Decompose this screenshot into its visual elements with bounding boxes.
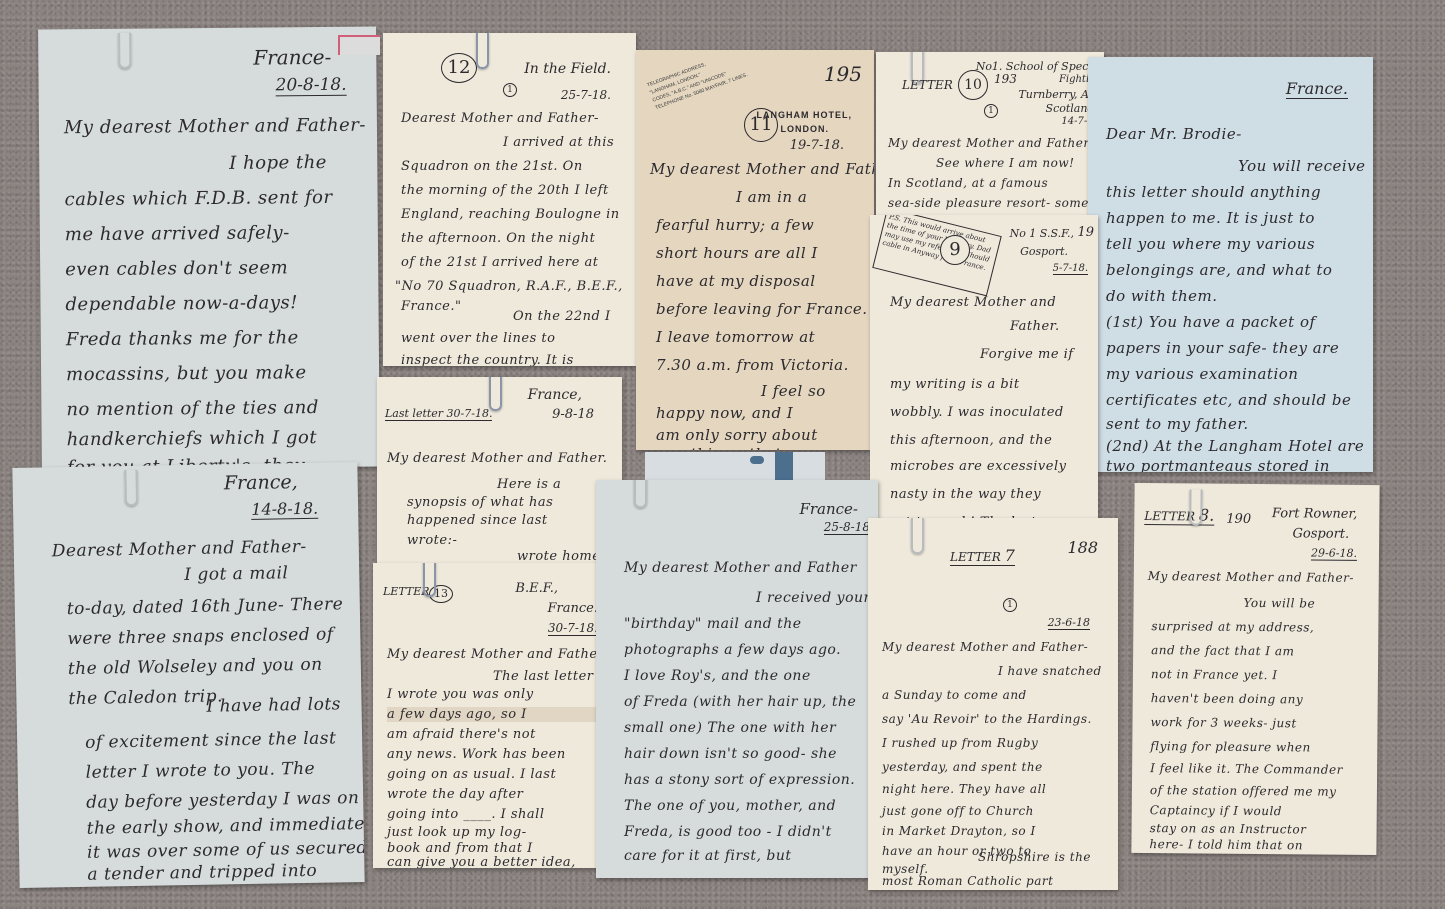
letter-line: this letter should anything — [1106, 183, 1373, 201]
letter-line: book and from that I — [387, 841, 628, 856]
paperclip-icon — [124, 470, 138, 506]
letter-label: LETTER 8. — [1144, 505, 1214, 526]
letter-line: dependable now-a-days! — [65, 292, 378, 316]
letter-7: LETTER 7 188 1 23-6-18 My dearest Mother… — [868, 518, 1118, 890]
letter-line: here- I told him that on — [1149, 837, 1376, 853]
letter-date: 30-7-18. — [548, 621, 598, 636]
letter-line: and the fact that I am — [1151, 643, 1378, 659]
letter-line: sent to my father. — [1106, 415, 1373, 433]
letter-line: can give you a better idea, — [387, 855, 628, 868]
letter-line: handkerchiefs which I got — [67, 427, 380, 451]
letter-line: of the station offered me my — [1150, 783, 1377, 799]
letter-line: I received your — [756, 590, 878, 606]
letter-line: In Scotland, at a famous — [888, 176, 1104, 190]
letter-line: happen to me. It is just to — [1106, 209, 1373, 227]
page-number: 190 — [1226, 512, 1251, 527]
paperclip-icon — [634, 480, 647, 508]
margin-note: Last letter 30-7-18. — [385, 407, 492, 421]
letter-line: wrote the day after — [387, 787, 628, 802]
letter-line: I have had lots — [206, 694, 361, 717]
letter-line: hair down isn't so good- she — [624, 746, 878, 762]
letter-line: I rushed up from Rugby — [882, 736, 1118, 750]
paperclip-icon — [489, 377, 502, 411]
letter-line: mocassins, but you make — [66, 362, 379, 386]
letter-line: Freda thanks me for the — [66, 327, 379, 351]
letter-line: I leave tomorrow at — [656, 328, 874, 346]
letter-place: France, — [224, 471, 298, 494]
letter-line: photographs a few days ago. — [624, 642, 878, 658]
letter-line: a tender and tripped into — [87, 860, 364, 885]
letter-date: 5-7-18. — [1053, 263, 1088, 275]
letter-label: LETTER 7 — [950, 546, 1015, 566]
letter-line: short hours are all I — [656, 244, 874, 262]
letter-line: of excitement since the last — [85, 728, 362, 753]
letter-date: 25-8-18 — [824, 520, 870, 535]
letter-place: In the Field. — [524, 61, 611, 77]
letter-date: 20-8-18. — [276, 75, 347, 97]
letter-line: a few days ago, so I — [387, 707, 628, 722]
letter-line: work for 3 weeks- just — [1150, 715, 1377, 731]
letter-line: Squadron on the 21st. On — [401, 159, 636, 174]
letter-line: not in France yet. I — [1151, 667, 1378, 683]
letter-line: am afraid there's not — [387, 727, 628, 742]
address-line: Gosport. — [1020, 245, 1068, 258]
letter-line: just look up my log- — [387, 825, 628, 840]
letter-date: 14-8-18. — [251, 499, 318, 520]
letter-line: See where I am now! — [936, 156, 1104, 170]
letter-line: I love Roy's, and the one — [624, 668, 878, 684]
letter-line: Dearest Mother and Father- — [52, 536, 359, 561]
letter-line: wobbly. I was inoculated — [890, 405, 1098, 420]
letter-france-20-8-18: France- 20-8-18. My dearest Mother and F… — [38, 27, 380, 470]
letter-line: haven't been doing any — [1151, 691, 1378, 707]
red-stamp-corner — [338, 35, 380, 55]
letter-line: two portmanteaus stored in — [1106, 457, 1373, 472]
letter-line: My dearest Mother and Father- — [1148, 569, 1379, 585]
letter-line: am only sorry about — [656, 426, 874, 444]
letter-date: 23-6-18 — [1048, 616, 1090, 630]
letter-line: small one) The one with her — [624, 720, 878, 736]
paperclip-icon — [476, 33, 489, 69]
letter-line: me have arrived safely- — [65, 222, 378, 246]
letter-line: were three snaps enclosed of — [67, 624, 360, 649]
letter-line: Dear Mr. Brodie- — [1106, 125, 1373, 143]
page-mark: 1 — [503, 83, 517, 97]
letter-line: "No 70 Squadron, R.A.F., B.E.F., — [395, 279, 636, 294]
letter-line: went over the lines to — [401, 331, 636, 346]
letter-line: I feel so — [761, 382, 874, 400]
letter-place: France, — [528, 387, 582, 403]
letter-line: My dearest Mother and Father. — [387, 451, 622, 466]
letter-line: to-day, dated 16th June- There — [67, 594, 360, 619]
letter-date: 19-7-18. — [790, 138, 844, 153]
letter-line: surprised at my address, — [1151, 619, 1378, 635]
letter-number-badge: 9 — [940, 235, 970, 265]
page-mark: 1 — [984, 104, 998, 118]
letter-line: just gone off to Church — [882, 804, 1118, 818]
letter-line: papers in your safe- they are — [1106, 339, 1373, 357]
letter-france-25-8-18: France- 25-8-18 My dearest Mother and Fa… — [596, 480, 878, 878]
letter-date: 25-7-18. — [561, 88, 611, 102]
letter-line: going on as usual. I last — [387, 767, 628, 782]
letter-line: Captaincy if I would — [1150, 803, 1377, 819]
letter-date: 29-6-18. — [1311, 546, 1357, 560]
letter-line: tell you where my various — [1106, 235, 1373, 253]
letter-dear-mr-brodie: France. Dear Mr. Brodie- You will receiv… — [1088, 57, 1373, 472]
hotel-city: LONDON. — [781, 124, 830, 134]
ps-note-box: P.S. This would arrive about the time of… — [872, 215, 1001, 296]
letter-line: the old Wolseley and you on — [68, 654, 361, 679]
letter-line: sea-side pleasure resort- something — [888, 196, 1104, 210]
letter-number-badge: 10 — [958, 70, 988, 100]
paperclip-icon — [423, 563, 436, 597]
address-line: France. — [548, 601, 598, 616]
letter-line: I got a mail — [184, 562, 359, 585]
letter-line: certificates etc, and should be — [1106, 391, 1373, 409]
letter-line: a Sunday to come and — [882, 688, 1118, 702]
letter-line: I have snatched — [998, 664, 1118, 678]
letter-line: letter I wrote to you. The — [86, 758, 363, 783]
letter-line: my writing is a bit — [890, 377, 1098, 392]
letter-line: cables which F.D.B. sent for — [64, 187, 377, 211]
letter-line: in Market Drayton, so I — [882, 824, 1118, 838]
address-line: Fort Rowner, — [1272, 506, 1358, 522]
letter-line: day before yesterday I was on — [86, 788, 363, 813]
letter-8-fort-rowner: LETTER 8. 190 Fort Rowner, Gosport. 29-6… — [1131, 483, 1379, 855]
letter-line: England, reaching Boulogne in — [401, 207, 636, 222]
letter-line: inspect the country. It is — [401, 353, 636, 366]
letter-line: of Freda (with her hair up, the — [624, 694, 878, 710]
letter-line: "birthday" mail and the — [624, 616, 878, 632]
letter-place: France- — [253, 45, 331, 70]
letter-line: I arrived at this — [503, 135, 636, 150]
letter-line: even cables don't seem — [65, 257, 378, 281]
letter-line: synopsis of what has — [407, 495, 622, 510]
letter-number-badge: 12 — [441, 53, 477, 83]
letter-line: You will be — [1244, 596, 1379, 611]
letter-line: You will receive — [1238, 157, 1373, 175]
letter-line: My dearest Mother and Father- — [888, 136, 1104, 150]
address-line: No 1 S.S.F., — [1010, 227, 1074, 240]
hotel-name: LANGHAM HOTEL, — [757, 110, 853, 120]
paperclip-icon — [118, 33, 131, 69]
letter-line: (2nd) At the Langham Hotel are — [1106, 437, 1373, 455]
letter-france-14-8-18: France, 14-8-18. Dearest Mother and Fath… — [12, 462, 364, 888]
letter-line: My dearest Mother and Father. — [387, 647, 628, 662]
letter-line: (1st) You have a packet of — [1106, 313, 1373, 331]
address-line: No1. School of Special — [976, 60, 1102, 73]
letter-line: going into ____. I shall — [387, 807, 628, 822]
letter-line: microbes are excessively — [890, 459, 1098, 474]
letter-line: say 'Au Revoir' to the Hardings. — [882, 712, 1118, 726]
letter-line: nasty in the way they — [890, 487, 1098, 502]
letter-line: I hope the — [229, 152, 377, 174]
letter-line: I feel like it. The Commander — [1150, 761, 1377, 777]
letter-line: wrote:- — [407, 533, 622, 548]
letter-line: no mention of the ties and — [66, 397, 379, 421]
letter-line: Dearest Mother and Father- — [401, 111, 636, 126]
page-number: 19 — [1077, 225, 1094, 240]
letter-line: My dearest Mother and Father — [624, 560, 878, 576]
paperclip-icon — [1189, 489, 1202, 525]
letter-label: LETTER — [902, 78, 953, 92]
letter-line: Shropshire is the — [978, 850, 1118, 864]
letter-line: have at my disposal — [656, 272, 874, 290]
letter-line: happened since last — [407, 513, 622, 528]
letter-12-in-the-field: 12 In the Field. 1 25-7-18. Dearest Moth… — [383, 33, 636, 366]
letter-line: the morning of the 20th I left — [401, 183, 636, 198]
letter-line: On the 22nd I — [513, 309, 636, 324]
letter-line: any news. Work has been — [387, 747, 628, 762]
letter-place: France- — [799, 500, 858, 518]
letter-line: I am in a — [736, 188, 874, 206]
letter-line: My dearest Mother and — [890, 295, 1098, 310]
letter-place: France. — [1286, 79, 1348, 99]
letter-11-langham-hotel: TELEGRAPHIC ADDRESS, "LANGHAM, LONDON." … — [636, 50, 874, 450]
letter-line: my various examination — [1106, 365, 1373, 383]
letter-line: The one of you, mother, and — [624, 798, 878, 814]
letter-line: yesterday, and spent the — [882, 760, 1118, 774]
page-mark: 1 — [1003, 598, 1017, 612]
letter-line: night here. They have all — [882, 782, 1118, 796]
letter-line: one thing - that you — [656, 445, 874, 450]
letter-13-bef-france: LETTER 13 B.E.F., France. 30-7-18. My de… — [373, 563, 628, 868]
letter-line: Father. — [1010, 319, 1098, 334]
page-number: 188 — [1067, 538, 1098, 557]
letter-10-turnberry: LETTER 10 193 No1. School of Special Fig… — [876, 52, 1104, 222]
letter-line: belongings are, and what to — [1106, 261, 1373, 279]
letter-line: do with them. — [1106, 287, 1373, 305]
page-number: 193 — [994, 72, 1017, 86]
letter-line: Forgive me if — [980, 347, 1098, 362]
letter-line: 7.30 a.m. from Victoria. — [656, 356, 874, 374]
letter-line: flying for pleasure when — [1150, 739, 1377, 755]
letter-line: care for it at first, but — [624, 848, 878, 864]
letter-france-9-8-18: Last letter 30-7-18. France, 9-8-18 My d… — [377, 377, 622, 567]
address-line: B.E.F., — [515, 581, 558, 596]
letter-line: I wrote you was only — [387, 687, 628, 702]
letter-line: most Roman Catholic part — [882, 874, 1118, 888]
paperclip-icon — [911, 518, 924, 554]
letter-line: before leaving for France. — [656, 300, 874, 318]
letter-line: My dearest Mother and Father- — [882, 640, 1118, 654]
page-number: 195 — [824, 62, 862, 86]
telegraphic-letterhead: TELEGRAPHIC ADDRESS, "LANGHAM, LONDON." … — [646, 50, 749, 112]
letter-line: happy now, and I — [656, 404, 874, 422]
letter-line: has a stony sort of expression. — [624, 772, 878, 788]
letter-date: 9-8-18 — [552, 407, 594, 422]
letter-line: My dearest Mother and Father- — [64, 115, 377, 139]
letter-line: it was over some of us secured — [87, 838, 364, 863]
letter-line: the early show, and immediately — [86, 814, 363, 839]
address-line: Gosport. — [1293, 526, 1350, 541]
letter-line: My dearest Mother and Fath — [650, 160, 874, 178]
letter-line: this afternoon, and the — [890, 433, 1098, 448]
letter-line: Freda, is good too - I didn't — [624, 824, 878, 840]
letter-line: of the 21st I arrived here at — [401, 255, 636, 270]
letter-line: fearful hurry; a few — [656, 216, 874, 234]
letter-line: stay on as an Instructor — [1150, 821, 1377, 837]
letter-line: the afternoon. On the night — [401, 231, 636, 246]
